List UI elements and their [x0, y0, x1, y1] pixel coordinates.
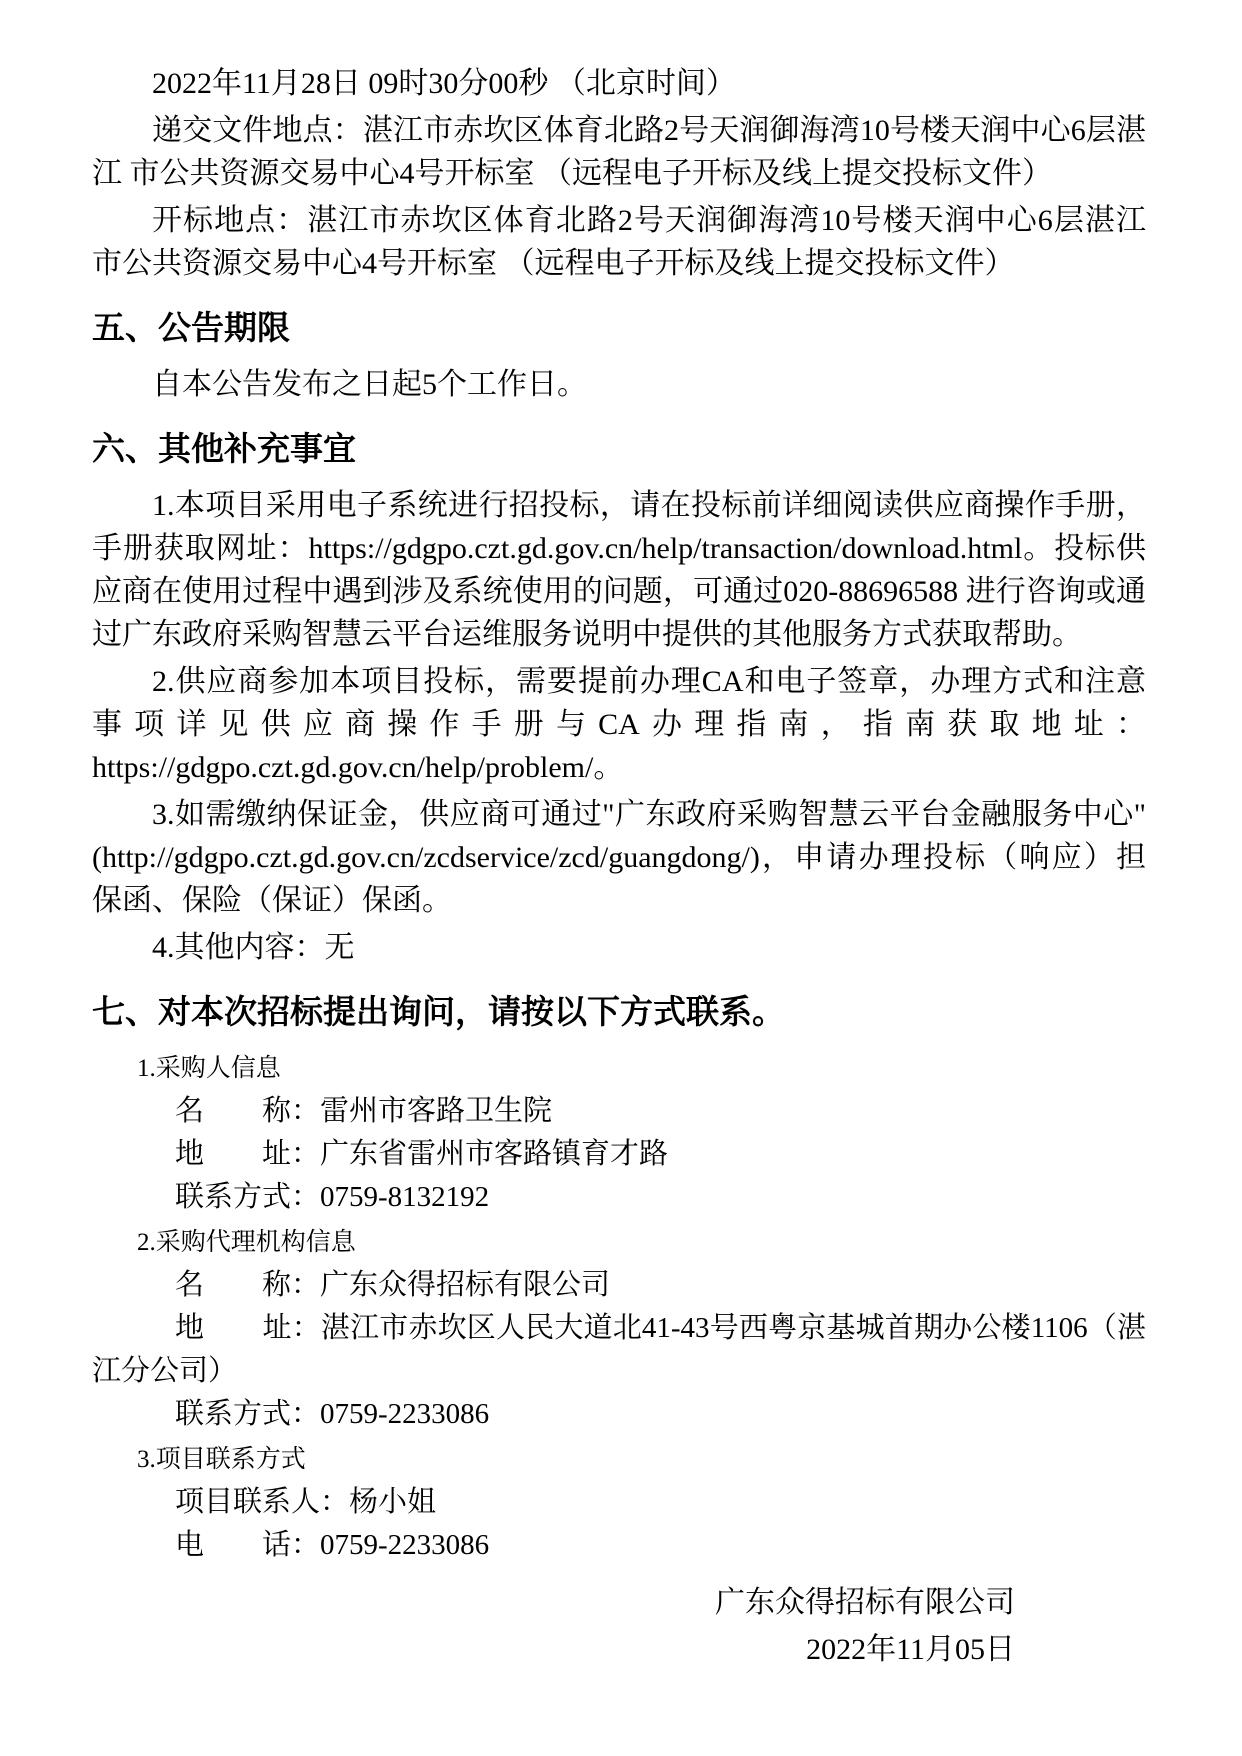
announcement-period-paragraph: 自本公告发布之日起5个工作日。	[92, 363, 1146, 406]
agency-contact-line: 联系方式：0759-2233086	[92, 1393, 1146, 1436]
supplementary-item-1: 1.本项目采用电子系统进行招投标，请在投标前详细阅读供应商操作手册，手册获取网址…	[92, 484, 1146, 656]
document-page: 2022年11月28日 09时30分00秒 （北京时间） 递交文件地点：湛江市赤…	[0, 0, 1242, 1756]
opening-location-paragraph: 开标地点：湛江市赤坎区体育北路2号天润御海湾10号楼天润中心6层湛江 市公共资源…	[92, 199, 1146, 285]
bid-deadline-line: 2022年11月28日 09时30分00秒 （北京时间）	[92, 62, 1146, 105]
supplementary-item-3: 3.如需缴纳保证金，供应商可通过"广东政府采购智慧云平台金融服务中心"(http…	[92, 793, 1146, 922]
agency-name-line: 名 称：广东众得招标有限公司	[92, 1264, 1146, 1307]
project-phone-line: 电 话：0759-2233086	[92, 1524, 1146, 1567]
supplementary-item-2: 2.供应商参加本项目投标，需要提前办理CA和电子签章，办理方式和注意事项详见供应…	[92, 660, 1146, 789]
project-contact-header: 3.项目联系方式	[92, 1438, 1146, 1481]
signature-block: 广东众得招标有限公司 2022年11月05日	[92, 1579, 1146, 1673]
purchaser-contact-line: 联系方式：0759-8132192	[92, 1176, 1146, 1219]
purchaser-address-line: 地 址：广东省雷州市客路镇育才路	[92, 1133, 1146, 1176]
agency-info-block: 2.采购代理机构信息 名 称：广东众得招标有限公司 地 址：湛江市赤坎区人民大道…	[92, 1221, 1146, 1436]
submission-location-paragraph: 递交文件地点：湛江市赤坎区体育北路2号天润御海湾10号楼天润中心6层湛江 市公共…	[92, 109, 1146, 195]
signature-date: 2022年11月05日	[92, 1626, 1015, 1673]
agency-info-header: 2.采购代理机构信息	[92, 1221, 1146, 1264]
section-5-heading: 五、公告期限	[92, 305, 1146, 353]
supplementary-item-4: 4.其他内容：无	[92, 926, 1146, 969]
purchaser-info-block: 1.采购人信息 名 称：雷州市客路卫生院 地 址：广东省雷州市客路镇育才路 联系…	[92, 1047, 1146, 1219]
project-contact-person-line: 项目联系人：杨小姐	[92, 1481, 1146, 1524]
agency-address-line: 地 址：湛江市赤坎区人民大道北41-43号西粤京基城首期办公楼1106（湛江分公…	[92, 1307, 1146, 1393]
project-contact-block: 3.项目联系方式 项目联系人：杨小姐 电 话：0759-2233086	[92, 1438, 1146, 1567]
purchaser-info-header: 1.采购人信息	[92, 1047, 1146, 1090]
signature-company: 广东众得招标有限公司	[92, 1579, 1015, 1626]
purchaser-name-line: 名 称：雷州市客路卫生院	[92, 1090, 1146, 1133]
section-6-heading: 六、其他补充事宜	[92, 426, 1146, 474]
section-7-heading: 七、对本次招标提出询问，请按以下方式联系。	[92, 989, 1146, 1037]
